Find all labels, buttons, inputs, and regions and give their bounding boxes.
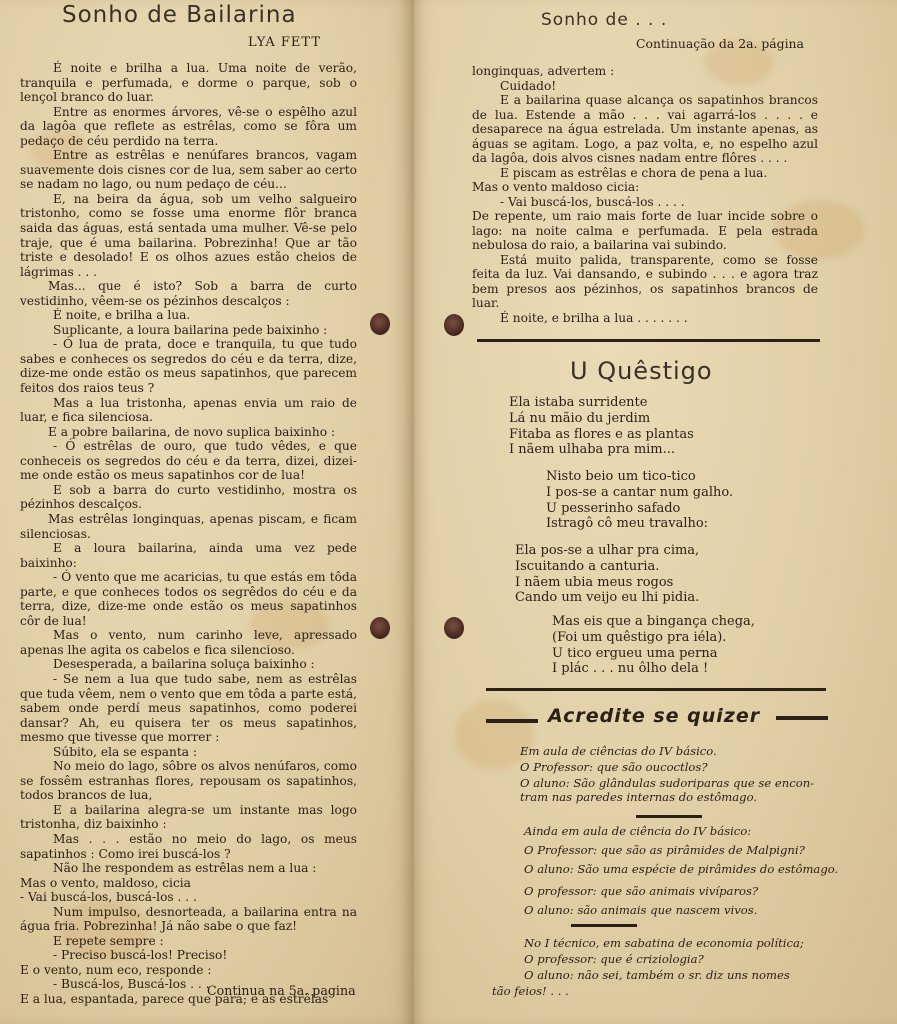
story-body: É noite e brilha a lua. Uma noite de ver… <box>20 61 357 1007</box>
poem-line: I pos-se a cantar num galho. <box>546 485 733 501</box>
paragraph: longinquas, advertem : <box>472 64 818 79</box>
poem-line: Istragô cô meu travalho: <box>546 516 733 532</box>
paragraph: É noite, e brilha a lua . . . . . . . <box>472 311 818 326</box>
poem-line: Lá nu mãio du jerdim <box>509 411 694 427</box>
joke-line: O Professor: que são as pirâmides de Mal… <box>524 843 838 859</box>
paragraph: E, na beira da água, sob um velho salgue… <box>20 192 357 279</box>
paragraph: De repente, um raio mais forte de luar i… <box>472 209 818 253</box>
paragraph: Mas estrêlas longinquas, apenas piscam, … <box>20 512 357 541</box>
joke-line: O aluno: são animais que nascem vivos. <box>524 903 758 919</box>
paragraph: E sob a barra do curto vestidinho, mostr… <box>20 483 357 512</box>
binding-hole <box>370 617 390 639</box>
paragraph: - Ó estrêlas de ouro, que tudo vêdes, e … <box>20 439 357 483</box>
left-page: Sonho de Bailarina LYA FETT É noite e br… <box>0 0 414 1024</box>
paragraph: E a pobre bailarina, de novo suplica bai… <box>20 425 357 440</box>
paragraph: Súbito, ela se espanta : <box>20 745 357 760</box>
joke-divider <box>636 815 702 818</box>
paragraph: - Se nem a lua que tudo sabe, nem as est… <box>20 672 357 745</box>
magazine-spread: Sonho de Bailarina LYA FETT É noite e br… <box>0 0 897 1024</box>
paragraph: E a loura bailarina, ainda uma vez pede … <box>20 541 357 570</box>
paragraph: - Ó lua de prata, doce e tranquila, tu q… <box>20 337 357 395</box>
continued-from-note: Continuação da 2a. página <box>636 36 804 51</box>
binding-hole <box>370 313 390 335</box>
paragraph: Entre as estrêlas e nenúfares brancos, v… <box>20 148 357 192</box>
joke-line: No I técnico, em sabatina de economia po… <box>524 936 804 952</box>
right-page: Sonho de . . . Continuação da 2a. página… <box>414 0 897 1024</box>
poem-title: U Quêstigo <box>570 357 713 385</box>
paragraph: Cuidado! <box>472 79 818 94</box>
paragraph: Mas o vento, maldoso, cicia <box>20 876 357 891</box>
joke-line: O aluno: não sei, também o sr. diz uns n… <box>524 968 804 984</box>
poem-line: Nisto beio um tico-tico <box>546 469 733 485</box>
joke: Ainda em aula de ciência do IV básico: O… <box>524 824 838 878</box>
joke: O professor: que são animais vivíparos? … <box>524 884 758 919</box>
poem-line: Iscuitando a canturia. <box>515 559 699 575</box>
binding-hole <box>444 314 464 336</box>
paragraph: - Preciso buscá-los! Preciso! <box>20 948 357 963</box>
story-author: LYA FETT <box>248 35 321 50</box>
joke-line: tão feios! . . . <box>492 984 804 1000</box>
continuation-body: longinquas, advertem : Cuidado! E a bail… <box>472 64 818 325</box>
paragraph: Suplicante, a loura bailarina pede baixi… <box>20 323 357 338</box>
joke-line: tram nas paredes internas do estômago. <box>520 790 814 806</box>
paragraph: No meio do lago, sôbre os alvos nenúfaro… <box>20 759 357 803</box>
joke: Em aula de ciências do IV básico. O Prof… <box>520 744 814 806</box>
paragraph: - Ó vento que me acaricias, tu que estás… <box>20 570 357 628</box>
column-title: Acredite se quizer <box>548 705 760 727</box>
paragraph: E piscam as estrêlas e chora de pena a l… <box>472 166 818 181</box>
joke-line: Em aula de ciências do IV básico. <box>520 744 814 760</box>
poem-line: Cando um veijo eu lhi pidia. <box>515 590 699 606</box>
paragraph: Mas . . . estão no meio do lago, os meus… <box>20 832 357 861</box>
paragraph: Desesperada, a bailarina soluça baixinho… <box>20 657 357 672</box>
paragraph: É noite, e brilha a lua. <box>20 308 357 323</box>
poem-stanza: Mas eis que a bingança chega, (Foi um qu… <box>552 614 755 677</box>
continuation-title: Sonho de . . . <box>541 10 667 30</box>
paragraph: Está muito palida, transparente, como se… <box>472 253 818 311</box>
joke: No I técnico, em sabatina de economia po… <box>524 936 804 1000</box>
poem-line: I plác . . . nu ôlho dela ! <box>552 661 755 677</box>
title-dash-right <box>776 716 828 720</box>
poem-line: U pesserinho safado <box>546 501 733 517</box>
poem-line: I nãem ulhaba pra mim... <box>509 442 694 458</box>
poem-stanza: Nisto beio um tico-tico I pos-se a canta… <box>546 469 733 532</box>
joke-line: O aluno: São uma espécie de pirâmides do… <box>524 862 838 878</box>
poem-line: U tico ergueu uma perna <box>552 646 755 662</box>
poem-line: Fitaba as flores e as plantas <box>509 427 694 443</box>
joke-line: O professor: que são animais vivíparos? <box>524 884 758 900</box>
paragraph: - Vai buscá-los, buscá-los . . . <box>20 890 357 905</box>
paragraph: Mas... que é isto? Sob a barra de curto … <box>20 279 357 308</box>
binding-hole <box>444 617 464 639</box>
poem-stanza: Ela pos-se a ulhar pra cima, Iscuitando … <box>515 543 699 606</box>
paragraph: Entre as enormes árvores, vê-se o espêlh… <box>20 105 357 149</box>
section-divider <box>477 339 820 342</box>
poem-stanza: Ela istaba surridente Lá nu mãio du jerd… <box>509 395 694 458</box>
paragraph: E a bailarina quase alcança os sapatinho… <box>472 93 818 166</box>
paragraph: Num impulso, desnorteada, a bailarina en… <box>20 905 357 934</box>
poem-line: Ela pos-se a ulhar pra cima, <box>515 543 699 559</box>
paragraph: Mas a lua tristonha, apenas envia um rai… <box>20 396 357 425</box>
poem-line: Mas eis que a bingança chega, <box>552 614 755 630</box>
paragraph: Mas o vento, num carinho leve, apressado… <box>20 628 357 657</box>
paragraph: E a bailarina alegra-se um instante mas … <box>20 803 357 832</box>
paragraph: E repete sempre : <box>20 934 357 949</box>
section-divider <box>486 688 826 691</box>
joke-line: O professor: que é criziologia? <box>524 952 804 968</box>
joke-line: O Professor: que são oucoctlos? <box>520 760 814 776</box>
paragraph: É noite e brilha a lua. Uma noite de ver… <box>20 61 357 105</box>
paragraph: - Vai buscá-los, buscá-los . . . . <box>472 195 818 210</box>
title-dash-left <box>486 719 538 723</box>
joke-divider <box>571 924 637 927</box>
poem-line: Ela istaba surridente <box>509 395 694 411</box>
poem-line: (Foi um quêstigo pra iéla). <box>552 630 755 646</box>
joke-line: Ainda em aula de ciência do IV básico: <box>524 824 838 840</box>
continued-note: Continua na 5a. pagina <box>207 983 356 998</box>
story-title: Sonho de Bailarina <box>62 2 297 28</box>
paragraph: Mas o vento maldoso cicia: <box>472 180 818 195</box>
paragraph: Não lhe respondem as estrêlas nem a lua … <box>20 861 357 876</box>
paragraph: E o vento, num eco, responde : <box>20 963 357 978</box>
poem-line: I nãem ubia meus rogos <box>515 575 699 591</box>
